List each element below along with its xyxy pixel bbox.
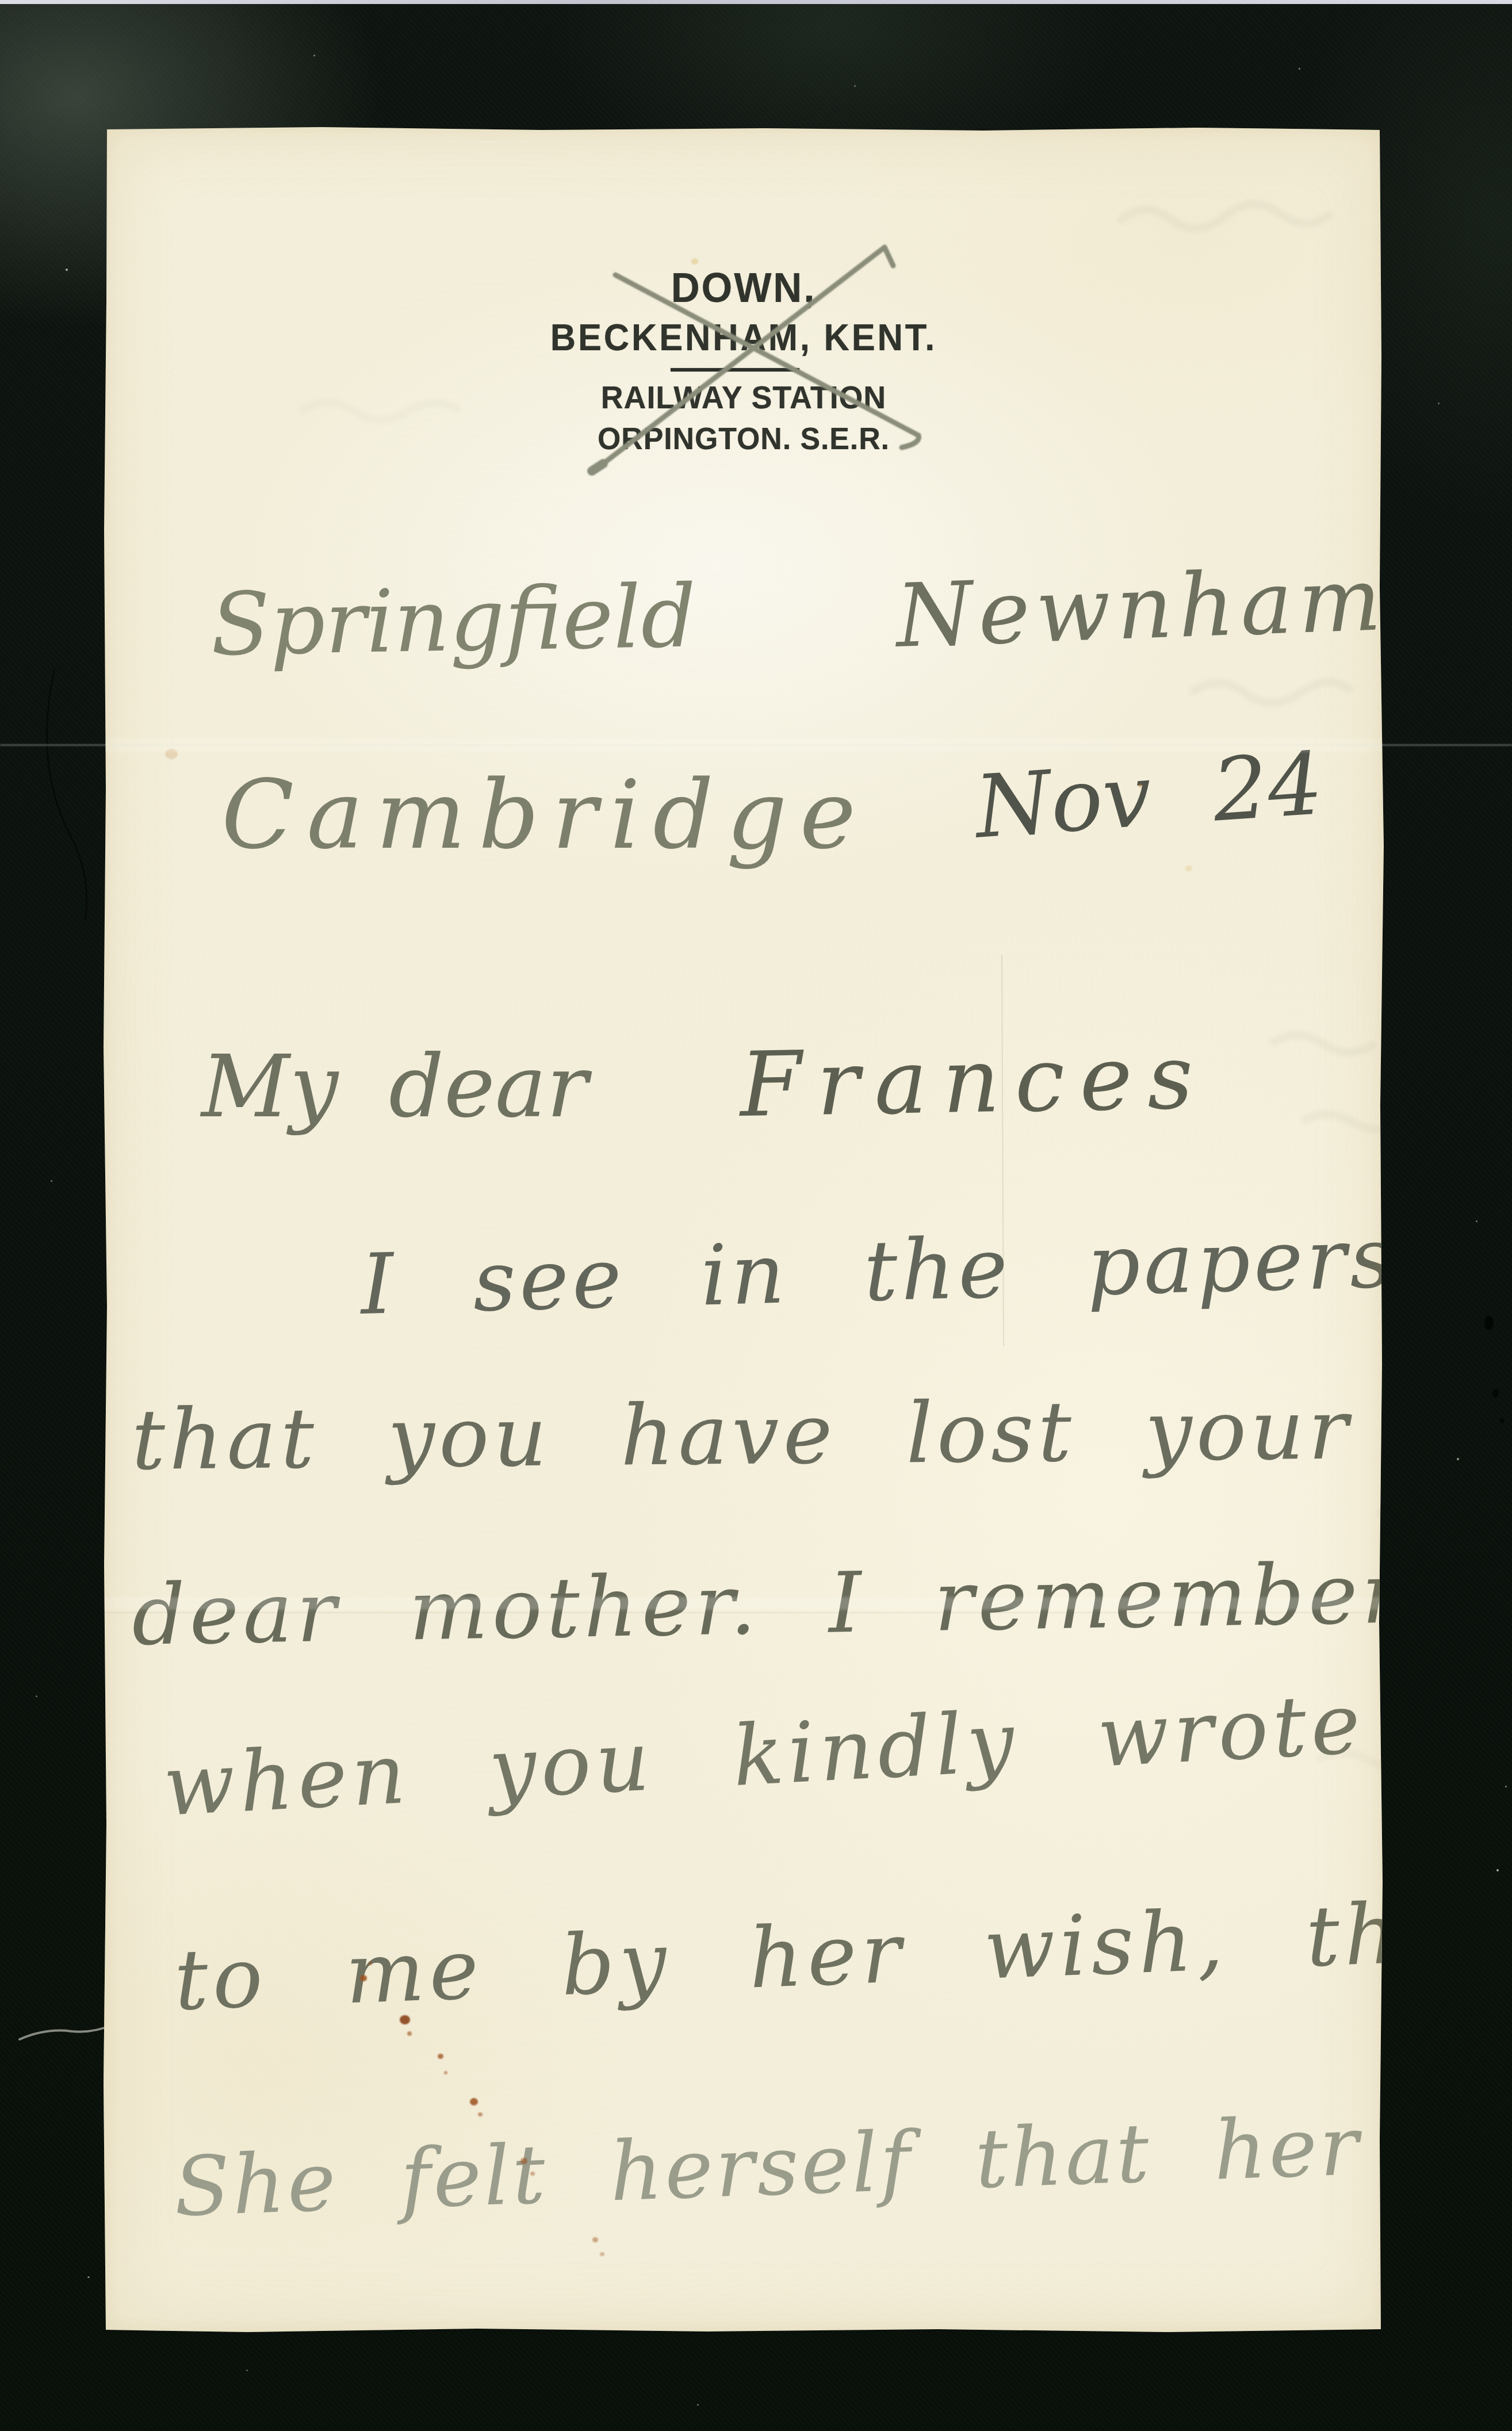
ink-blob-mark [1484, 1316, 1494, 1330]
foxing-spot [600, 2252, 604, 2256]
letter-date: Nov 24 [972, 734, 1326, 858]
stain-spot [1139, 784, 1142, 787]
address-house: Springfield [210, 566, 697, 675]
letterhead-line-4: ORPINGTON. S.E.R. [129, 421, 1358, 457]
dust-speck [1496, 1869, 1499, 1871]
stain-spot [1185, 866, 1192, 871]
foxing-spot [400, 2015, 410, 2024]
dust-speck [87, 2276, 90, 2278]
foxing-spot [438, 2054, 443, 2059]
dust-speck [1299, 68, 1300, 70]
scanned-letter-photo: { "letterhead": { "line1": "DOWN,", "lin… [0, 0, 1512, 2431]
body-line: She felt herself that her [173, 2099, 1362, 2235]
hair-scratch [47, 668, 86, 920]
foxing-spot [369, 1962, 372, 1965]
dust-speck [246, 2369, 248, 2371]
light-scratch [20, 2024, 114, 2039]
dust-speck [66, 269, 68, 271]
dust-speck [51, 1180, 52, 1182]
letterhead-line-1: DOWN, [129, 265, 1358, 312]
body-line: that you have lost your [131, 1381, 1353, 1489]
foxing-spot [360, 1975, 367, 1981]
foxing-spot [407, 2031, 412, 2036]
stain-spot [691, 258, 698, 265]
letter-paper: DOWN, BECKENHAM, KENT. RAILWAY STATION O… [104, 127, 1384, 2332]
salutation-name: Frances [739, 1025, 1209, 1137]
dust-speck [1438, 403, 1440, 404]
foxing-spot [592, 2237, 598, 2242]
foxing-spot [470, 2098, 478, 2105]
dust-speck [1457, 1458, 1459, 1460]
foxing-spot [444, 2071, 447, 2074]
address-city: Cambridge [221, 760, 868, 870]
dust-speck [1505, 1786, 1507, 1787]
body-line: to me by her wish, that [173, 1882, 1496, 2030]
ink-blob-mark [1492, 1389, 1499, 1398]
body-line: dear mother. I remember [131, 1545, 1406, 1664]
salutation-opening: My dear [201, 1037, 588, 1137]
body-line: I see in the papers [359, 1209, 1397, 1334]
foxing-spot [520, 2158, 527, 2164]
photo-crease-line [0, 744, 1512, 746]
ink-blob-mark [1500, 1418, 1504, 1423]
dust-speck [854, 85, 856, 87]
dust-speck [36, 1695, 37, 1697]
body-line: when you kindly wrote [161, 1675, 1367, 1835]
dust-speck [1476, 1220, 1477, 1222]
foxing-spot [530, 2172, 535, 2176]
scan-edge-strip [0, 0, 1512, 4]
letterhead-line-3: RAILWAY STATION [129, 378, 1358, 416]
letterhead-line-2: BECKENHAM, KENT. [129, 316, 1358, 359]
letterhead-rule [671, 368, 799, 372]
dust-speck [313, 55, 315, 56]
stain-spot [165, 749, 178, 759]
dust-speck [697, 2404, 699, 2406]
foxing-spot [478, 2112, 483, 2116]
address-place: Newnham [894, 548, 1388, 667]
